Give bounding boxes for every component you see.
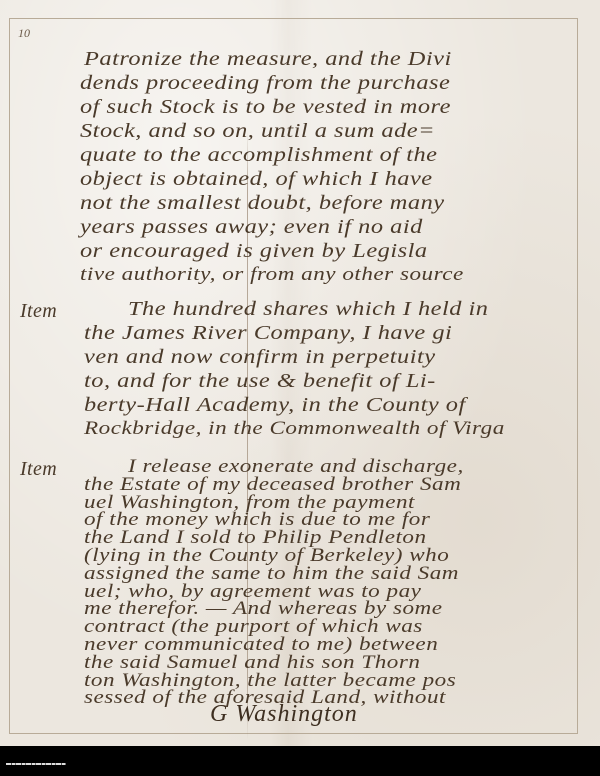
text-line: contract (the purport of which was <box>84 618 423 637</box>
text-line: tive authority, or from any other source <box>80 266 464 285</box>
caption-strip <box>0 746 600 776</box>
text-line: never communicated to me) between <box>84 636 438 655</box>
text-line: Stock, and so on, until a sum ade= <box>80 122 435 142</box>
caption-text-mark <box>6 763 66 765</box>
text-line: uel Washington, from the payment <box>84 494 415 513</box>
text-line: Rockbridge, in the Commonwealth of Virga <box>84 420 505 439</box>
text-line: berty-Hall Academy, in the County of <box>84 396 466 416</box>
text-line: or encouraged is given by Legisla <box>80 242 428 262</box>
text-line: Patronize the measure, and the Divi <box>84 50 452 70</box>
text-line: I release exonerate and discharge, <box>128 458 464 477</box>
text-line: the Land I sold to Philip Pendleton <box>84 529 427 548</box>
text-line: me therefor. — And whereas by some <box>84 600 442 619</box>
item-margin-label: Item <box>20 300 57 323</box>
manuscript-page: 10 Patronize the measure, and the Divi d… <box>0 0 600 746</box>
text-line: the said Samuel and his son Thorn <box>84 654 420 673</box>
text-line: (lying in the County of Berkeley) who <box>84 547 449 566</box>
text-line: quate to the accomplishment of the <box>80 146 438 166</box>
text-line: ton Washington, the latter became pos <box>84 672 456 691</box>
text-line: of such Stock is to be vested in more <box>80 98 451 118</box>
text-line: not the smallest doubt, before many <box>80 194 445 214</box>
text-line: dends proceeding from the purchase <box>80 74 450 94</box>
text-line: uel; who, by agreement was to pay <box>84 583 421 602</box>
text-line: assigned the same to him the said Sam <box>84 565 459 584</box>
signature: G Washington <box>210 701 358 728</box>
item-margin-label: Item <box>20 458 57 481</box>
text-line: the James River Company, I have gi <box>84 324 452 344</box>
text-line: to, and for the use & benefit of Li- <box>84 372 436 392</box>
text-line: of the money which is due to me for <box>84 511 430 530</box>
page-number: 10 <box>18 26 30 41</box>
text-line: object is obtained, of which I have <box>80 170 433 190</box>
text-line: the Estate of my deceased brother Sam <box>84 476 461 495</box>
text-line: years passes away; even if no aid <box>80 218 423 238</box>
text-line: The hundred shares which I held in <box>128 300 488 320</box>
text-line: ven and now confirm in perpetuity <box>84 348 436 368</box>
